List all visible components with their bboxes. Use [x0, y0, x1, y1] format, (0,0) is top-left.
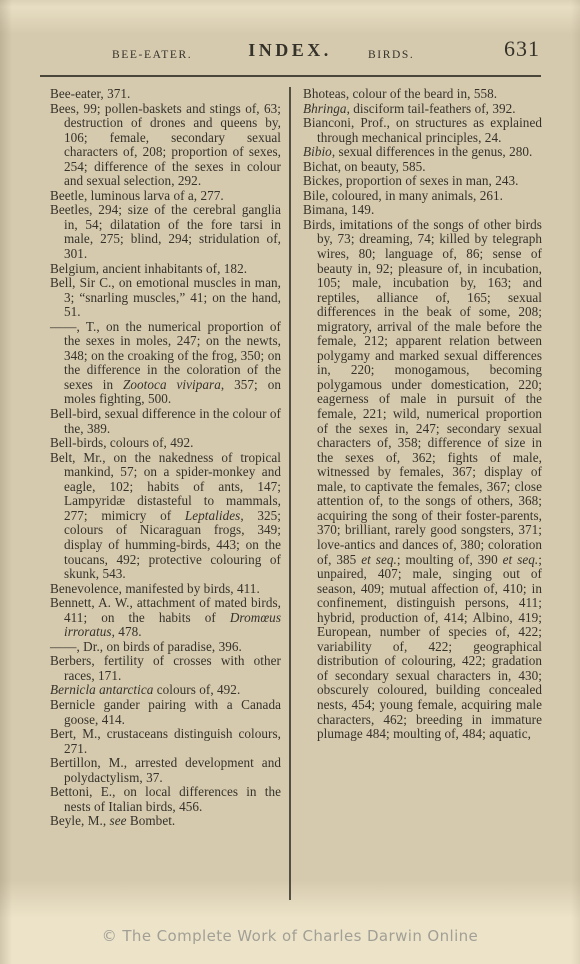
index-entry: Bell-birds, colours of, 492.	[50, 436, 281, 451]
index-entry: Bernicla antarctica colours of, 492.	[50, 683, 281, 698]
index-entry: Bell-bird, sexual difference in the colo…	[50, 407, 281, 436]
index-entry: Bert, M., crustaceans distinguish colour…	[50, 727, 281, 756]
index-entry: Belgium, ancient inhabitants of, 182.	[50, 262, 281, 277]
index-entry: Beetles, 294; size of the cerebral gangl…	[50, 203, 281, 261]
page-title: INDEX.	[0, 40, 580, 61]
index-column-left: Bee-eater, 371.Bees, 99; pollen-baskets …	[50, 87, 281, 829]
index-entry: ——, T., on the numerical proportion of t…	[50, 320, 281, 407]
index-entry: Bibio, sexual differences in the genus, …	[303, 145, 542, 160]
index-entry: Bickes, proportion of sexes in man, 243.	[303, 174, 542, 189]
index-entry: Bettoni, E., on local differences in the…	[50, 785, 281, 814]
page-number: 631	[504, 36, 540, 62]
index-entry: Bernicle gander pairing with a Canada go…	[50, 698, 281, 727]
index-column-right: Bhoteas, colour of the beard in, 558.Bhr…	[291, 87, 542, 742]
index-entry: ——, Dr., on birds of paradise, 396.	[50, 640, 281, 655]
index-entry: Bell, Sir C., on emotional muscles in ma…	[50, 276, 281, 320]
index-entry: Bees, 99; pollen-baskets and stings of, …	[50, 102, 281, 189]
index-columns: Bee-eater, 371.Bees, 99; pollen-baskets …	[50, 87, 542, 900]
footer-copyright: © The Complete Work of Charles Darwin On…	[0, 927, 580, 945]
running-head-right: BIRDS.	[368, 49, 414, 61]
index-entry: Bimana, 149.	[303, 203, 542, 218]
index-entry: Bichat, on beauty, 585.	[303, 160, 542, 175]
column-divider	[289, 87, 291, 900]
index-entry: Bile, coloured, in many animals, 261.	[303, 189, 542, 204]
index-entry: Benevolence, manifested by birds, 411.	[50, 582, 281, 597]
index-entry: Bhringa, disciform tail-feathers of, 392…	[303, 102, 542, 117]
index-entry: Bertillon, M., arrested development and …	[50, 756, 281, 785]
index-entry: Berbers, fertility of crosses with other…	[50, 654, 281, 683]
index-entry: Beetle, luminous larva of a, 277.	[50, 189, 281, 204]
header-rule	[40, 75, 541, 77]
index-entry: Bee-eater, 371.	[50, 87, 281, 102]
index-entry: Beyle, M., see Bombet.	[50, 814, 281, 829]
book-page: BEE-EATER. INDEX. BIRDS. 631 Bee-eater, …	[0, 0, 580, 964]
index-entry: Bianconi, Prof., on structures as explai…	[303, 116, 542, 145]
index-entry: Belt, Mr., on the nakedness of tropical …	[50, 451, 281, 582]
index-entry: Bennett, A. W., attachment of mated bird…	[50, 596, 281, 640]
index-entry: Bhoteas, colour of the beard in, 558.	[303, 87, 542, 102]
index-entry: Birds, imitations of the songs of other …	[303, 218, 542, 742]
